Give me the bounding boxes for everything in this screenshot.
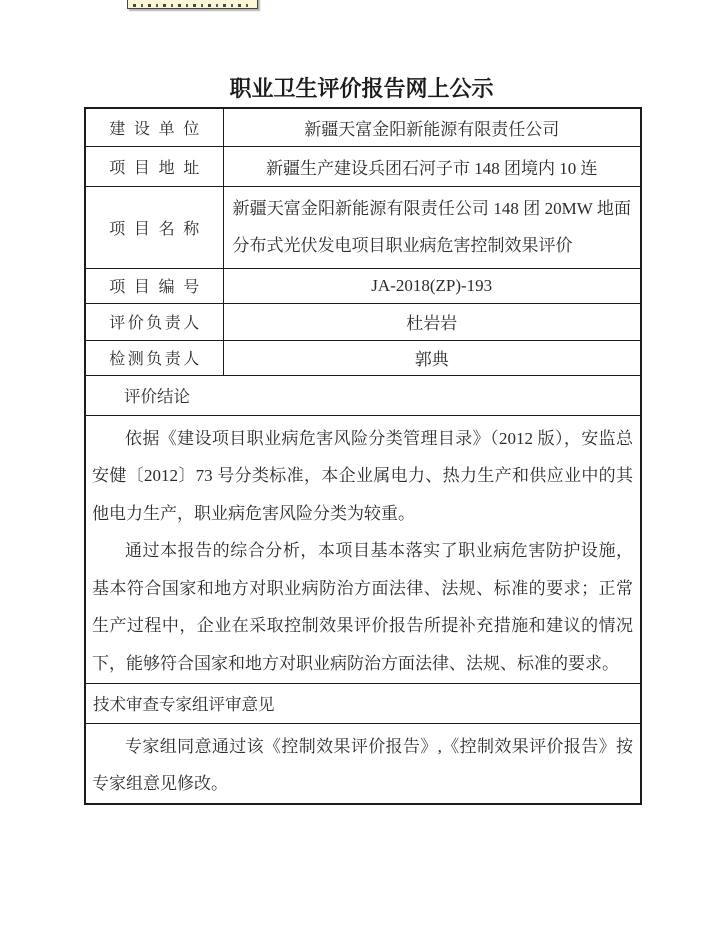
conclusion-content: 依据《建设项目职业病危害风险分类管理目录》（2012 版），安监总安健〔2012…: [85, 415, 641, 683]
row-label: 项目地址: [85, 146, 223, 186]
popup-text-remnant: [133, 4, 252, 7]
row-label: 评价负责人: [85, 303, 223, 340]
document-title: 职业卫生评价报告网上公示: [0, 72, 723, 103]
row-value: 杜岩岩: [223, 303, 641, 340]
section-content-row: 专家组同意通过该《控制效果评价报告》,《控制效果评价报告》按专家组意见修改。: [85, 723, 641, 804]
row-label: 检测负责人: [85, 340, 223, 375]
row-label-text: 项目编号: [109, 274, 199, 297]
document-page: 职业卫生评价报告网上公示 建设单位 新疆天富金阳新能源有限责任公司 项目地址 新…: [0, 0, 723, 945]
row-value: 郭典: [223, 340, 641, 375]
section-content-row: 依据《建设项目职业病危害风险分类管理目录》（2012 版），安监总安健〔2012…: [85, 415, 641, 683]
expert-content: 专家组同意通过该《控制效果评价报告》,《控制效果评价报告》按专家组意见修改。: [85, 723, 641, 804]
row-value: 新疆天富金阳新能源有限责任公司: [223, 108, 641, 146]
row-value: 新疆天富金阳新能源有限责任公司 148 团 20MW 地面分布式光伏发电项目职业…: [223, 186, 641, 268]
clipped-popup: [127, 0, 258, 9]
expert-paragraph: 专家组同意通过该《控制效果评价报告》,《控制效果评价报告》按专家组意见修改。: [92, 728, 633, 803]
conclusion-paragraph: 依据《建设项目职业病危害风险分类管理目录》（2012 版），安监总安健〔2012…: [92, 420, 633, 533]
row-label: 项目名称: [85, 186, 223, 268]
table-row: 项目编号 JA-2018(ZP)-193: [85, 268, 641, 303]
row-label-text: 项目名称: [109, 216, 199, 239]
publicity-table: 建设单位 新疆天富金阳新能源有限责任公司 项目地址 新疆生产建设兵团石河子市 1…: [84, 107, 642, 805]
row-value: 新疆生产建设兵团石河子市 148 团境内 10 连: [223, 146, 641, 186]
table-row: 检测负责人 郭典: [85, 340, 641, 375]
section-header-row: 技术审查专家组评审意见: [85, 683, 641, 723]
section-header-expert: 技术审查专家组评审意见: [85, 683, 641, 723]
row-label-text: 项目地址: [109, 155, 199, 178]
conclusion-paragraph: 通过本报告的综合分析，本项目基本落实了职业病危害防护设施，基本符合国家和地方对职…: [92, 532, 633, 682]
row-label-text: 评价负责人: [109, 310, 199, 333]
row-value: JA-2018(ZP)-193: [223, 268, 641, 303]
table-row: 项目地址 新疆生产建设兵团石河子市 148 团境内 10 连: [85, 146, 641, 186]
row-label: 项目编号: [85, 268, 223, 303]
section-header-conclusion: 评价结论: [85, 375, 641, 415]
row-label: 建设单位: [85, 108, 223, 146]
table-row: 项目名称 新疆天富金阳新能源有限责任公司 148 团 20MW 地面分布式光伏发…: [85, 186, 641, 268]
row-label-text: 建设单位: [109, 116, 199, 139]
table-row: 评价负责人 杜岩岩: [85, 303, 641, 340]
row-label-text: 检测负责人: [109, 346, 199, 369]
table-row: 建设单位 新疆天富金阳新能源有限责任公司: [85, 108, 641, 146]
section-header-row: 评价结论: [85, 375, 641, 415]
